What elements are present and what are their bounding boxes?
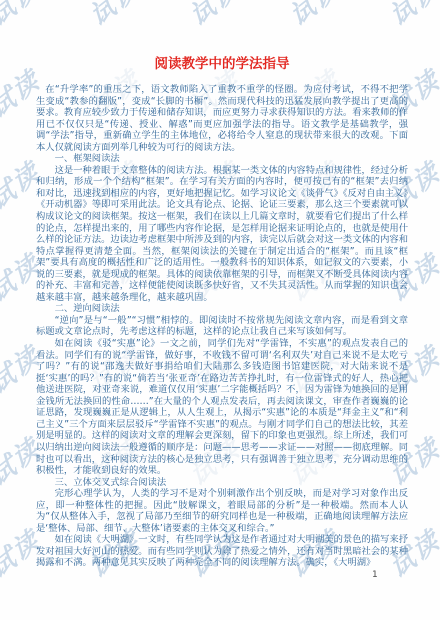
paragraph: 这是一种着眼于文章整体的阅读方法。根据某一类文体的内容特点和规律性，经过分析和归…	[36, 165, 408, 304]
paragraph: 在“升学率”的重压之下，语文教师陷入了重教不重学的怪圈。为应付考试，不得不把学生…	[36, 84, 408, 153]
section-heading: 三、立体交叉式综合阅读法	[36, 477, 408, 489]
watermark-text: 试读	[383, 0, 440, 34]
document-page: 试读试读试读试读试读试读试读试读试读试读试读试读试读试读试读试读试读试读试读试读…	[0, 0, 440, 620]
watermark-text: 试读	[0, 0, 45, 34]
document-content: 阅读教学中的学法指导 在“升学率”的重压之下，语文教师陷入了重教不重学的怪圈。为…	[36, 52, 408, 569]
document-title: 阅读教学中的学法指导	[36, 52, 408, 72]
paragraph: 如在阅读《大明湖》一文时，有些同学认为这是作者通过对大明湖美的景色的描写来抒发对…	[36, 534, 408, 569]
watermark-text: 试读	[283, 0, 346, 34]
paragraph: “逆向”是与“一般”“习惯”相悖的。即阅读时不按常规先阅读文章内容，而是看到文章…	[36, 315, 408, 338]
paragraph: 如在阅读《驳“实惠”论》一文之前，同学们先对“学雷锋，不实惠”的观点发表自己的看…	[36, 338, 408, 477]
paragraph: 完形心理学认为，人类的学习不是对个别刺激作出个别反映，而是对学习对象作出反应，即…	[36, 488, 408, 534]
watermark-text: 试读	[83, 0, 146, 34]
section-heading: 一、框架阅读法	[36, 153, 408, 165]
section-heading: 二、逆向阅读法	[36, 303, 408, 315]
page-number: 1	[372, 570, 378, 580]
watermark-text: 试读	[183, 0, 246, 34]
